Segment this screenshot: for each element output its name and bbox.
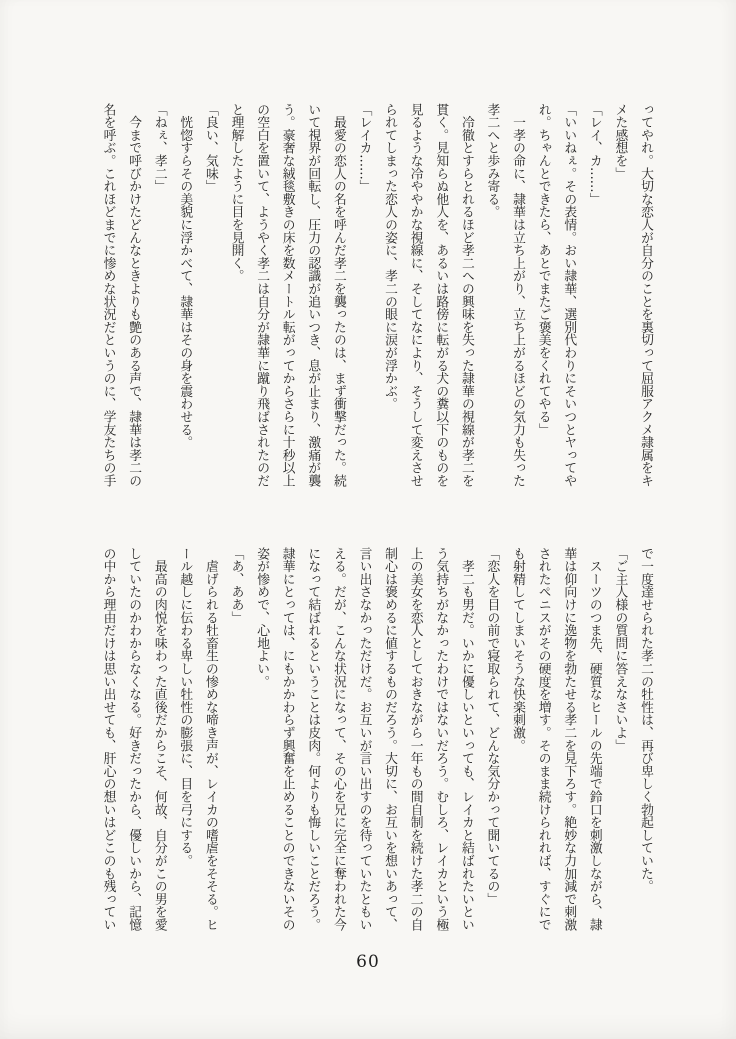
text-column: の空白を置いて、ようやく孝二は自分が隷華に蹴り飛ばされたのだ — [249, 103, 275, 491]
text-column: 隷華にとっては、にもかかわらず興奮を止めることのできないその — [274, 547, 300, 935]
text-column: いて視界が回転し、圧力の認識が追いつき、息が止まり、激痛が襲 — [300, 103, 326, 491]
text-column: 「あ、ああ」 — [223, 547, 249, 935]
text-column: られてしまった恋人の姿に、孝二の眼に涙が浮かぶ。 — [376, 103, 402, 491]
text-column: える。だが、こんな状況になって、その心を兄に完全に奪われた今 — [325, 547, 351, 935]
text-column: も射精してしまいそうな快楽刺激。 — [504, 547, 530, 935]
text-column: 名を呼ぶ。これほどまでに惨めな状況だというのに、学友たちの手 — [95, 103, 121, 491]
text-column: になって結ばれるということは皮肉。何よりも悔しいことだろう。 — [300, 547, 326, 935]
text-column: 姿が惨めで、心地よい。 — [249, 547, 275, 935]
text-column: 「レイ、カ……」 — [581, 103, 607, 491]
text-column: 貫く。見知らぬ他人を、あるいは路傍に転がる犬の糞以下のものを — [428, 103, 454, 491]
text-column: 見るような冷ややかな視線に、そしてなにより、そうして変えさせ — [402, 103, 428, 491]
text-block-bottom: で一度達せられた孝二の牡性は、再び卑しく勃起していた。「ご主人様の質問に答えなさ… — [95, 547, 658, 935]
text-column: 言い出さなかっただけだ。お互いが言い出すのを待っていたともい — [351, 547, 377, 935]
text-column: 今まで呼びかけたどんなときよりも艶のある声で、隷華は孝二の — [121, 103, 147, 491]
text-column: 恍惚すらその美貌に浮かべて、隷華はその身を震わせる。 — [172, 103, 198, 491]
text-column: 華は仰向けに逸物を勃たせる孝二を見下ろす。絶妙な力加減で刺激 — [556, 547, 582, 935]
text-column: う気持ちがなかったわけではないだろう。むしろ、レイカという極 — [428, 547, 454, 935]
text-column: 上の美女を恋人としておきながら一年もの間自制を続けた孝二の自 — [402, 547, 428, 935]
text-column: 「レイカ……」 — [351, 103, 377, 491]
text-column: していたのかわからなくなる。好きだったから、優しいから、記憶 — [121, 547, 147, 935]
text-column: ってやれ。大切な恋人が自分のことを裏切って屈服アクメ隷属をキ — [632, 103, 658, 491]
text-column: 「恋人を目の前で寝取られて、どんな気分かって聞いてるの」 — [479, 547, 505, 935]
text-column: 孝二も男だ。いかに優しいといっても、レイカと結ばれたいとい — [453, 547, 479, 935]
text-column: 冷徹とすらとれるほど孝二への興味を失った隷華の視線が孝二を — [453, 103, 479, 491]
text-column: 「いいねぇ。その表情。おい隷華、選別代わりにそいつとヤってや — [556, 103, 582, 491]
text-column: ール越しに伝わる卑しい牡性の膨張に、目を弓にする。 — [172, 547, 198, 935]
text-column: う。豪奢な絨毯敷きの床を数メートル転がってからさらに十秒以上 — [274, 103, 300, 491]
text-block-top: ってやれ。大切な恋人が自分のことを裏切って屈服アクメ隷属をキメた感想を」「レイ、… — [95, 103, 658, 491]
text-column: で一度達せられた孝二の牡性は、再び卑しく勃起していた。 — [632, 547, 658, 935]
text-column: 「ご主人様の質問に答えなさいよ」 — [607, 547, 633, 935]
text-column: 「ねぇ、孝二」 — [146, 103, 172, 491]
text-column: されたペニスがその硬度を増す。そのまま続けられれば、すぐにで — [530, 547, 556, 935]
text-column: 最愛の恋人の名を呼んだ孝二を襲ったのは、まず衝撃だった。続 — [325, 103, 351, 491]
text-column: 最高の肉悦を味わった直後だからこそ、何故、自分がこの男を愛 — [146, 547, 172, 935]
page-number: 60 — [0, 952, 736, 972]
text-column: の中から理由だけは思い出せても、肝心の想いはどこのも残ってい — [95, 547, 121, 935]
text-column: 一孝の命に、隷華は立ち上がり、立ち上がるほどの気力も失った — [504, 103, 530, 491]
document-page: ってやれ。大切な恋人が自分のことを裏切って屈服アクメ隷属をキメた感想を」「レイ、… — [0, 0, 736, 1039]
text-column: スーツのつま先、硬質なヒールの先端で鈴口を刺激しながら、隷 — [581, 547, 607, 935]
text-column: と理解したように目を見開く。 — [223, 103, 249, 491]
text-column: 孝二へと歩み寄る。 — [479, 103, 505, 491]
text-column: れ。ちゃんとできたら、あとでまたご褒美をくれてやる」 — [530, 103, 556, 491]
text-column: 「良い、気味」 — [197, 103, 223, 491]
text-column: 制心は褒めるに値するものだろう。大切に、お互いを想いあって、 — [376, 547, 402, 935]
text-column: メた感想を」 — [607, 103, 633, 491]
text-column: 虐げられる牡畜生の惨めな啼き声が、レイカの嗜虐をそそる。ヒ — [197, 547, 223, 935]
